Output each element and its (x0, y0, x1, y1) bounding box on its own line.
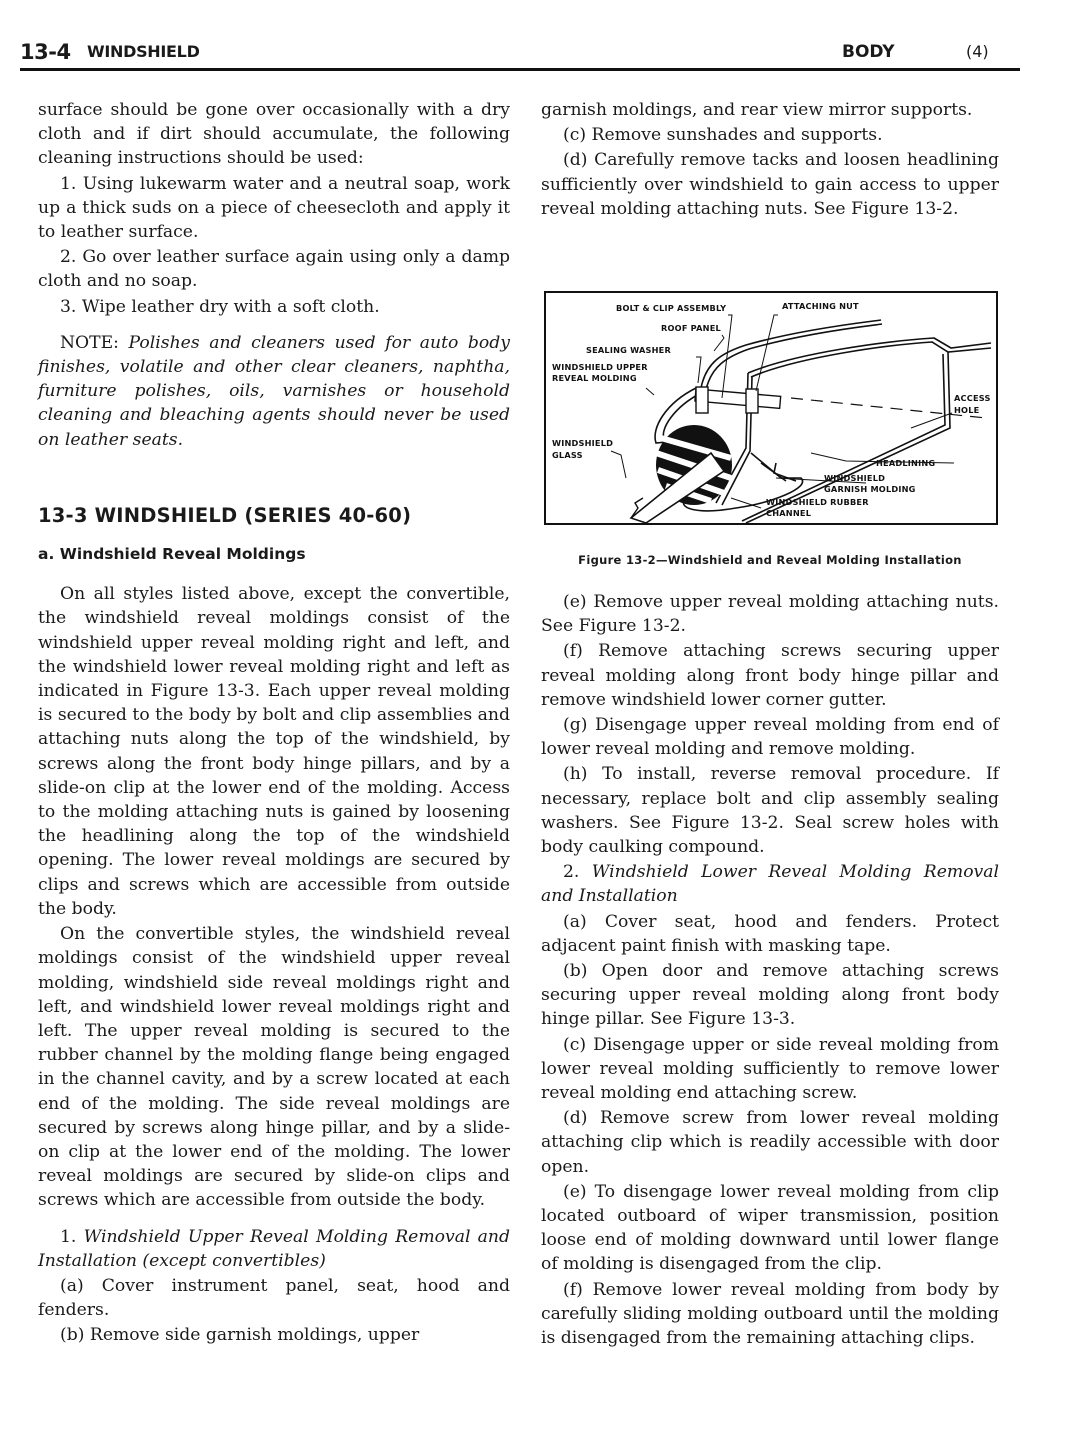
label-access-2: HOLE (954, 405, 979, 415)
cleaning-step: 1. Using lukewarm water and a neutral so… (38, 172, 510, 245)
label-rubber-2: CHANNEL (766, 508, 811, 518)
label-sealing-washer: SEALING WASHER (586, 345, 671, 355)
label-bolt-clip: BOLT & CLIP ASSEMBLY (616, 303, 727, 313)
label-access-1: ACCESS (954, 393, 991, 403)
label-glass-2: GLASS (552, 450, 583, 460)
procedure-step: (e) To disengage lower reveal molding fr… (541, 1180, 999, 1277)
procedure-step-continued: garnish moldings, and rear view mirror s… (541, 98, 999, 122)
label-attaching-nut: ATTACHING NUT (782, 301, 859, 311)
procedure-heading: 2. Windshield Lower Reveal Molding Remov… (541, 860, 999, 908)
label-headlining: HEADLINING (876, 458, 935, 468)
label-glass-1: WINDSHIELD (552, 438, 613, 448)
procedure-step: (d) Remove screw from lower reveal moldi… (541, 1106, 999, 1179)
label-roof-panel: ROOF PANEL (661, 323, 721, 333)
procedure-step: (b) Open door and remove attaching screw… (541, 959, 999, 1032)
procedure-step: (a) Cover seat, hood and fenders. Protec… (541, 910, 999, 958)
chapter-title: WINDSHIELD (87, 42, 200, 61)
body-paragraph: On the convertible styles, the windshiel… (38, 922, 510, 1212)
procedure-step: (f) Remove lower reveal molding from bod… (541, 1278, 999, 1351)
procedure-step: (b) Remove side garnish moldings, upper (38, 1323, 510, 1347)
header-rule (20, 68, 1020, 71)
right-column: garnish moldings, and rear view mirror s… (541, 98, 999, 221)
procedure-step: (d) Carefully remove tacks and loosen he… (541, 148, 999, 221)
procedure-step: (a) Cover instrument panel, seat, hood a… (38, 1274, 510, 1322)
procedure-step: (c) Remove sunshades and supports. (541, 123, 999, 147)
label-garnish-1: WINDSHIELD (824, 473, 885, 483)
cleaning-step: 2. Go over leather surface again using o… (38, 245, 510, 293)
label-garnish-2: GARNISH MOLDING (824, 484, 916, 494)
series-marker: (4) (966, 42, 989, 61)
right-column-lower: (e) Remove upper reveal molding attachin… (541, 590, 999, 1350)
label-rubber-1: WINDSHIELD RUBBER (766, 497, 869, 507)
procedure-step: (f) Remove attaching screws securing upp… (541, 639, 999, 712)
page-header: 13-4 WINDSHIELD BODY (4) (20, 30, 1020, 70)
subsection-heading: a. Windshield Reveal Moldings (38, 542, 510, 566)
procedure-step: (e) Remove upper reveal molding attachin… (541, 590, 999, 638)
left-column: surface should be gone over occasionally… (38, 98, 510, 1348)
body-paragraph: On all styles listed above, except the c… (38, 582, 510, 921)
procedure-step: (c) Disengage upper or side reveal moldi… (541, 1033, 999, 1106)
procedure-step: (g) Disengage upper reveal molding from … (541, 713, 999, 761)
procedure-heading: 1. Windshield Upper Reveal Molding Remov… (38, 1225, 510, 1273)
intro-paragraph: surface should be gone over occasionally… (38, 98, 510, 171)
note-label: NOTE: (60, 333, 119, 353)
label-upper-reveal-1: WINDSHIELD UPPER (552, 362, 648, 372)
page-number: 13-4 (20, 40, 71, 64)
figure-13-2-diagram: BOLT & CLIP ASSEMBLY ATTACHING NUT ROOF … (544, 291, 998, 525)
figure-caption: Figure 13-2—Windshield and Reveal Moldin… (541, 553, 999, 567)
note-paragraph: NOTE: Polishes and cleaners used for aut… (38, 331, 510, 452)
section-name: BODY (842, 42, 895, 62)
procedure-step: (h) To install, reverse removal procedur… (541, 762, 999, 859)
label-upper-reveal-2: REVEAL MOLDING (552, 373, 637, 383)
section-heading: 13-3 WINDSHIELD (SERIES 40-60) (38, 504, 510, 528)
cleaning-step: 3. Wipe leather dry with a soft cloth. (38, 295, 510, 319)
windshield-cross-section-illustration: BOLT & CLIP ASSEMBLY ATTACHING NUT ROOF … (546, 293, 996, 523)
